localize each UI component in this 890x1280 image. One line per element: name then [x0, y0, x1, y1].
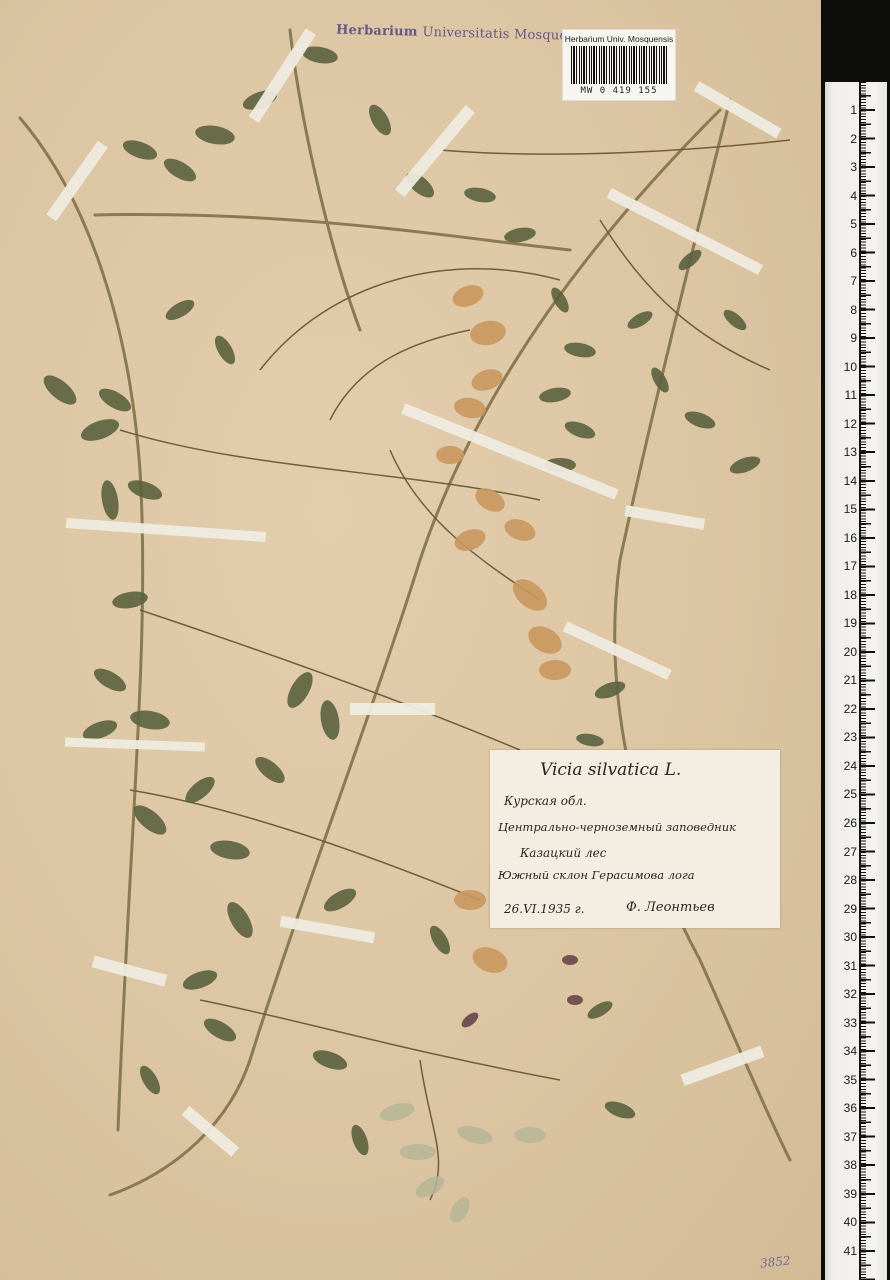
reserve: Центрально-черноземный заповедник: [498, 820, 736, 834]
collection-label: Vicia silvatica L. Курская обл. Централь…: [490, 750, 780, 928]
region: Курская обл.: [504, 794, 587, 808]
ruler-label: 19: [844, 616, 857, 630]
ruler-label: 20: [844, 645, 857, 659]
ruler-label: 3: [850, 160, 857, 174]
ruler-label: 22: [844, 702, 857, 716]
forest: Казацкий лес: [520, 846, 606, 860]
ruler-label: 10: [844, 360, 857, 374]
stamp-word-herbarium: Herbarium: [336, 23, 418, 40]
herbarium-sheet: Herbarium Universitatis Mosquensis Herba…: [0, 0, 821, 1280]
ruler-ticks: [859, 82, 875, 1280]
species-name: Vicia silvatica L.: [540, 760, 681, 780]
ruler-label: 4: [850, 189, 857, 203]
ruler-label: 23: [844, 730, 857, 744]
collection-date: 26.VI.1935 г.: [504, 902, 585, 916]
barcode-icon: [571, 46, 667, 84]
ruler-label: 32: [844, 987, 857, 1001]
plant-specimen: [0, 0, 821, 1280]
ruler-label: 36: [844, 1101, 857, 1115]
ruler-label: 2: [850, 132, 857, 146]
ruler-label: 35: [844, 1073, 857, 1087]
ruler-label: 31: [844, 959, 857, 973]
ruler-label: 8: [850, 303, 857, 317]
ruler-label: 30: [844, 930, 857, 944]
scale-ruler: 1234567891011121314151617181920212223242…: [825, 82, 887, 1280]
ruler-label: 1: [850, 103, 857, 117]
ruler-label: 12: [844, 417, 857, 431]
ruler-label: 5: [850, 217, 857, 231]
ruler-label: 17: [844, 559, 857, 573]
ruler-label: 27: [844, 845, 857, 859]
ruler-label: 18: [844, 588, 857, 602]
ruler-label: 29: [844, 902, 857, 916]
barcode-number: MW 0 419 155: [563, 86, 675, 96]
ruler-label: 40: [844, 1215, 857, 1229]
ruler-label: 24: [844, 759, 857, 773]
ruler-label: 16: [844, 531, 857, 545]
mounting-tape-strips: [46, 28, 781, 1157]
ruler-label: 7: [850, 274, 857, 288]
ruler-label: 25: [844, 787, 857, 801]
ruler-label: 34: [844, 1044, 857, 1058]
habitat: Южный склон Герасимова лога: [498, 868, 695, 882]
ruler-label: 38: [844, 1158, 857, 1172]
ruler-label: 13: [844, 445, 857, 459]
ruler-label: 39: [844, 1187, 857, 1201]
ruler-label: 41: [844, 1244, 857, 1258]
ruler-label: 14: [844, 474, 857, 488]
collector: Ф. Леонтьев: [626, 900, 715, 915]
barcode-title: Herbarium Univ. Mosquensis: [563, 34, 675, 44]
ruler-label: 37: [844, 1130, 857, 1144]
ruler-label: 28: [844, 873, 857, 887]
ruler-label: 15: [844, 502, 857, 516]
barcode-label: Herbarium Univ. Mosquensis MW 0 419 155: [562, 29, 676, 101]
ruler-label: 11: [845, 388, 857, 402]
ruler-label: 26: [844, 816, 857, 830]
ruler-label: 6: [850, 246, 857, 260]
ruler-label: 9: [850, 331, 857, 345]
ruler-label: 33: [844, 1016, 857, 1030]
ruler-label: 21: [844, 673, 857, 687]
